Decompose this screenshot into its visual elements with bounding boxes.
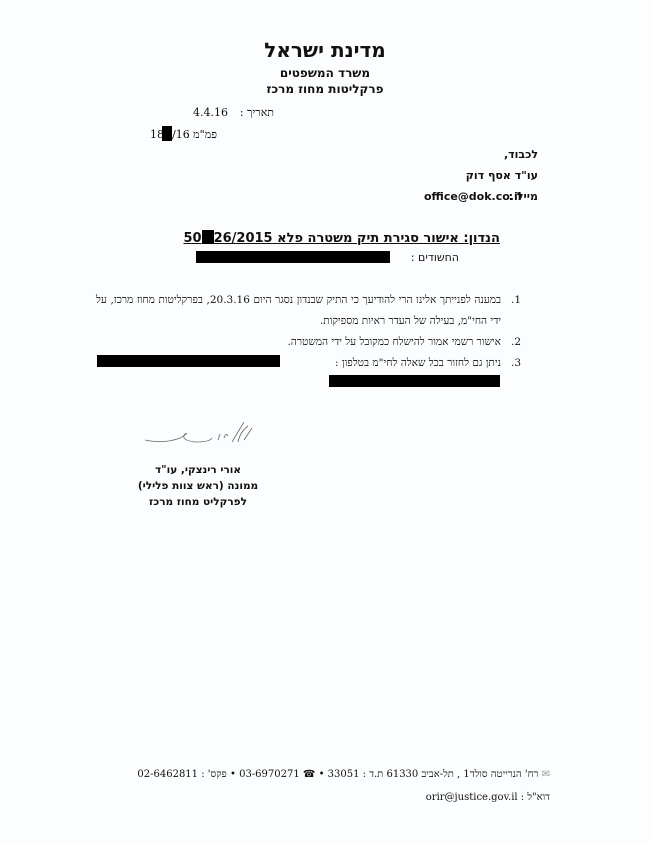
ref-label: פמ"מ : [186,128,217,141]
bullet-1: • [319,769,325,780]
recipient-salutation: לכבוד, [504,148,538,161]
footer-email-label: דוא"ל : [521,792,550,803]
footer-fax-label: פקס' : [201,769,227,780]
paragraph-2-text: אישור רשמי אמור להישלח כמקובל על ידי המש… [287,336,501,348]
subject-prefix: הנדון: אישור סגירת תיק משטרה פלא [277,231,500,246]
footer-phone: 03-6970271 [239,769,300,780]
subject-number: 26/2015 [214,231,273,246]
recipient-email: office@dok.co.il [424,190,522,203]
signature-block: אורי רינצקי, עו"ד ממונה (ראש צוות פלילי)… [128,462,268,510]
bullet-2: • [230,769,236,780]
phone-icon: ☎ [303,769,315,780]
letterhead-ministry: משרד המשפטים [0,66,650,80]
signature-scribble-icon [140,418,260,452]
subject-line: הנדון: אישור סגירת תיק משטרה פלא 26/2015… [183,230,500,246]
phone-redaction [97,355,280,367]
paragraph-2-number: 2. [511,332,521,353]
subject-number-tail: 50 [183,231,201,246]
ref-redaction [162,126,172,141]
paragraph-1: 1. במענה לפנייתך אלינו הרי להודיעך כי הת… [96,290,501,332]
date-label: תאריך : [240,106,274,119]
letterhead-office: פרקליטות מחוז מרכז [0,82,650,96]
paragraph-3-text: ניתן גם לחזור בכל שאלה לחי"מ בטלפון : [335,357,501,369]
paragraph-2: 2. אישור רשמי אמור להישלח כמקובל על ידי … [96,332,501,353]
paragraph-3-number: 3. [511,353,521,374]
ref-suffix: /16 [172,128,190,141]
letterhead-state: מדינת ישראל [0,38,650,62]
footer-address-line: ✉ רח' הנרייטה סולד1 , תל-אביב 61330 ת.ד … [137,769,550,780]
signer-title: ממונה (ראש צוות פלילי) [128,478,268,494]
subject-redaction [202,230,214,244]
footer-email[interactable]: orir@justice.gov.il [426,792,518,803]
phone-redaction-2 [329,375,500,387]
footer-email-line: דוא"ל : orir@justice.gov.il [426,792,550,803]
footer-address: רח' הנרייטה סולד1 , תל-אביב 61330 ת.ד : … [328,769,539,780]
paragraph-1-number: 1. [511,290,521,311]
suspects-label: החשודים : [411,251,459,264]
suspects-redaction [196,251,390,263]
paragraph-1-text: במענה לפנייתך אלינו הרי להודיעך כי התיק … [96,294,501,327]
recipient-name: עו"ד אסף דוק [466,169,538,182]
envelope-icon: ✉ [542,769,550,780]
date-value: 4.4.16 [193,106,228,119]
signer-org: לפרקליט מחוז מרכז [128,494,268,510]
signer-name: אורי רינצקי, עו"ד [128,462,268,478]
footer-fax: 02-6462811 [137,769,198,780]
